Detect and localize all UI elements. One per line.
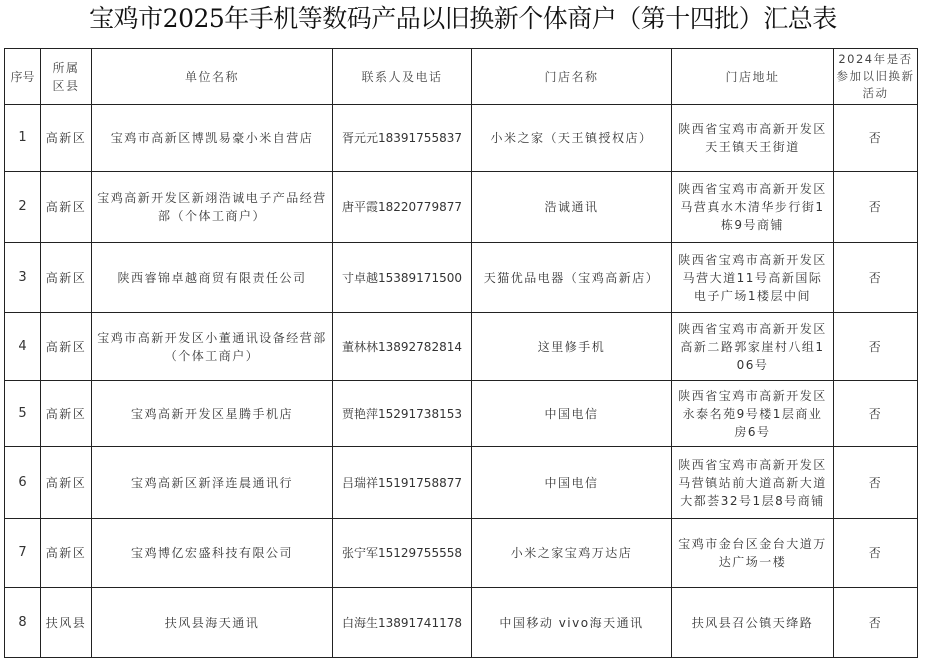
cell-contact: 贾艳萍15291738153 (333, 381, 472, 447)
header-store: 门店名称 (472, 49, 672, 105)
header-district: 所属区县 (41, 49, 92, 105)
table-row: 7 高新区 宝鸡博亿宏盛科技有限公司 张宁军15129755558 小米之家宝鸡… (5, 519, 918, 588)
cell-address: 陕西省宝鸡市高新开发区永泰名苑9号楼1层商业房6号 (672, 381, 834, 447)
document-title: 宝鸡市2025年手机等数码产品以旧换新个体商户（第十四批）汇总表 (0, 2, 926, 36)
cell-index: 4 (5, 313, 41, 381)
table-row: 3 高新区 陕西睿锦卓越商贸有限责任公司 寸卓越15389171500 天猫优品… (5, 243, 918, 313)
cell-company: 宝鸡市高新开发区小董通讯设备经营部（个体工商户） (92, 313, 333, 381)
cell-company: 宝鸡博亿宏盛科技有限公司 (92, 519, 333, 588)
cell-store: 中国移动 vivo海天通讯 (472, 588, 672, 658)
cell-address: 陕西省宝鸡市高新开发区高新二路郭家崖村八组106号 (672, 313, 834, 381)
table-row: 4 高新区 宝鸡市高新开发区小董通讯设备经营部（个体工商户） 董林林138927… (5, 313, 918, 381)
cell-address: 宝鸡市金台区金台大道万达广场一楼 (672, 519, 834, 588)
cell-contact: 胥元元18391755837 (333, 105, 472, 172)
cell-participated-2024: 否 (834, 172, 918, 243)
table-row: 1 高新区 宝鸡市高新区博凯易豪小米自营店 胥元元18391755837 小米之… (5, 105, 918, 172)
cell-participated-2024: 否 (834, 519, 918, 588)
header-company: 单位名称 (92, 49, 333, 105)
cell-index: 5 (5, 381, 41, 447)
cell-store: 中国电信 (472, 381, 672, 447)
cell-address: 陕西省宝鸡市高新开发区马营真水木清华步行街1栋9号商铺 (672, 172, 834, 243)
cell-contact: 董林林13892782814 (333, 313, 472, 381)
cell-contact: 张宁军15129755558 (333, 519, 472, 588)
cell-store: 这里修手机 (472, 313, 672, 381)
cell-district: 高新区 (41, 447, 92, 519)
cell-index: 8 (5, 588, 41, 658)
cell-address: 扶风县召公镇天绛路 (672, 588, 834, 658)
cell-address: 陕西省宝鸡市高新开发区马营镇站前大道高新大道大都荟32号1层8号商铺 (672, 447, 834, 519)
table-row: 8 扶风县 扶风县海天通讯 白海生13891741178 中国移动 vivo海天… (5, 588, 918, 658)
cell-store: 中国电信 (472, 447, 672, 519)
cell-contact: 白海生13891741178 (333, 588, 472, 658)
cell-contact: 寸卓越15389171500 (333, 243, 472, 313)
table-header-row: 序号 所属区县 单位名称 联系人及电话 门店名称 门店地址 2024年是否参加以… (5, 49, 918, 105)
cell-index: 2 (5, 172, 41, 243)
header-index: 序号 (5, 49, 41, 105)
cell-company: 扶风县海天通讯 (92, 588, 333, 658)
cell-contact: 唐平霞18220779877 (333, 172, 472, 243)
cell-company: 陕西睿锦卓越商贸有限责任公司 (92, 243, 333, 313)
cell-participated-2024: 否 (834, 381, 918, 447)
cell-participated-2024: 否 (834, 243, 918, 313)
cell-store: 小米之家宝鸡万达店 (472, 519, 672, 588)
cell-district: 扶风县 (41, 588, 92, 658)
cell-address: 陕西省宝鸡市高新开发区马营大道11号高新国际电子广场1楼层中间 (672, 243, 834, 313)
cell-district: 高新区 (41, 313, 92, 381)
header-participated-2024: 2024年是否参加以旧换新活动 (834, 49, 918, 105)
header-contact: 联系人及电话 (333, 49, 472, 105)
cell-contact: 吕瑞祥15191758877 (333, 447, 472, 519)
table-row: 5 高新区 宝鸡高新开发区星腾手机店 贾艳萍15291738153 中国电信 陕… (5, 381, 918, 447)
cell-district: 高新区 (41, 172, 92, 243)
cell-store: 小米之家（天王镇授权店） (472, 105, 672, 172)
cell-store: 浩诚通讯 (472, 172, 672, 243)
cell-index: 6 (5, 447, 41, 519)
cell-district: 高新区 (41, 243, 92, 313)
cell-district: 高新区 (41, 519, 92, 588)
cell-district: 高新区 (41, 381, 92, 447)
header-address: 门店地址 (672, 49, 834, 105)
cell-participated-2024: 否 (834, 588, 918, 658)
cell-district: 高新区 (41, 105, 92, 172)
cell-company: 宝鸡市高新区博凯易豪小米自营店 (92, 105, 333, 172)
table-row: 6 高新区 宝鸡高新区新泽连晨通讯行 吕瑞祥15191758877 中国电信 陕… (5, 447, 918, 519)
cell-index: 7 (5, 519, 41, 588)
cell-participated-2024: 否 (834, 447, 918, 519)
cell-participated-2024: 否 (834, 313, 918, 381)
cell-store: 天猫优品电器（宝鸡高新店） (472, 243, 672, 313)
cell-participated-2024: 否 (834, 105, 918, 172)
cell-index: 1 (5, 105, 41, 172)
cell-company: 宝鸡高新开发区新翊浩诚电子产品经营部（个体工商户） (92, 172, 333, 243)
cell-company: 宝鸡高新区新泽连晨通讯行 (92, 447, 333, 519)
cell-index: 3 (5, 243, 41, 313)
table-row: 2 高新区 宝鸡高新开发区新翊浩诚电子产品经营部（个体工商户） 唐平霞18220… (5, 172, 918, 243)
merchant-summary-table: 序号 所属区县 单位名称 联系人及电话 门店名称 门店地址 2024年是否参加以… (4, 48, 918, 658)
cell-company: 宝鸡高新开发区星腾手机店 (92, 381, 333, 447)
cell-address: 陕西省宝鸡市高新开发区天王镇天王街道 (672, 105, 834, 172)
